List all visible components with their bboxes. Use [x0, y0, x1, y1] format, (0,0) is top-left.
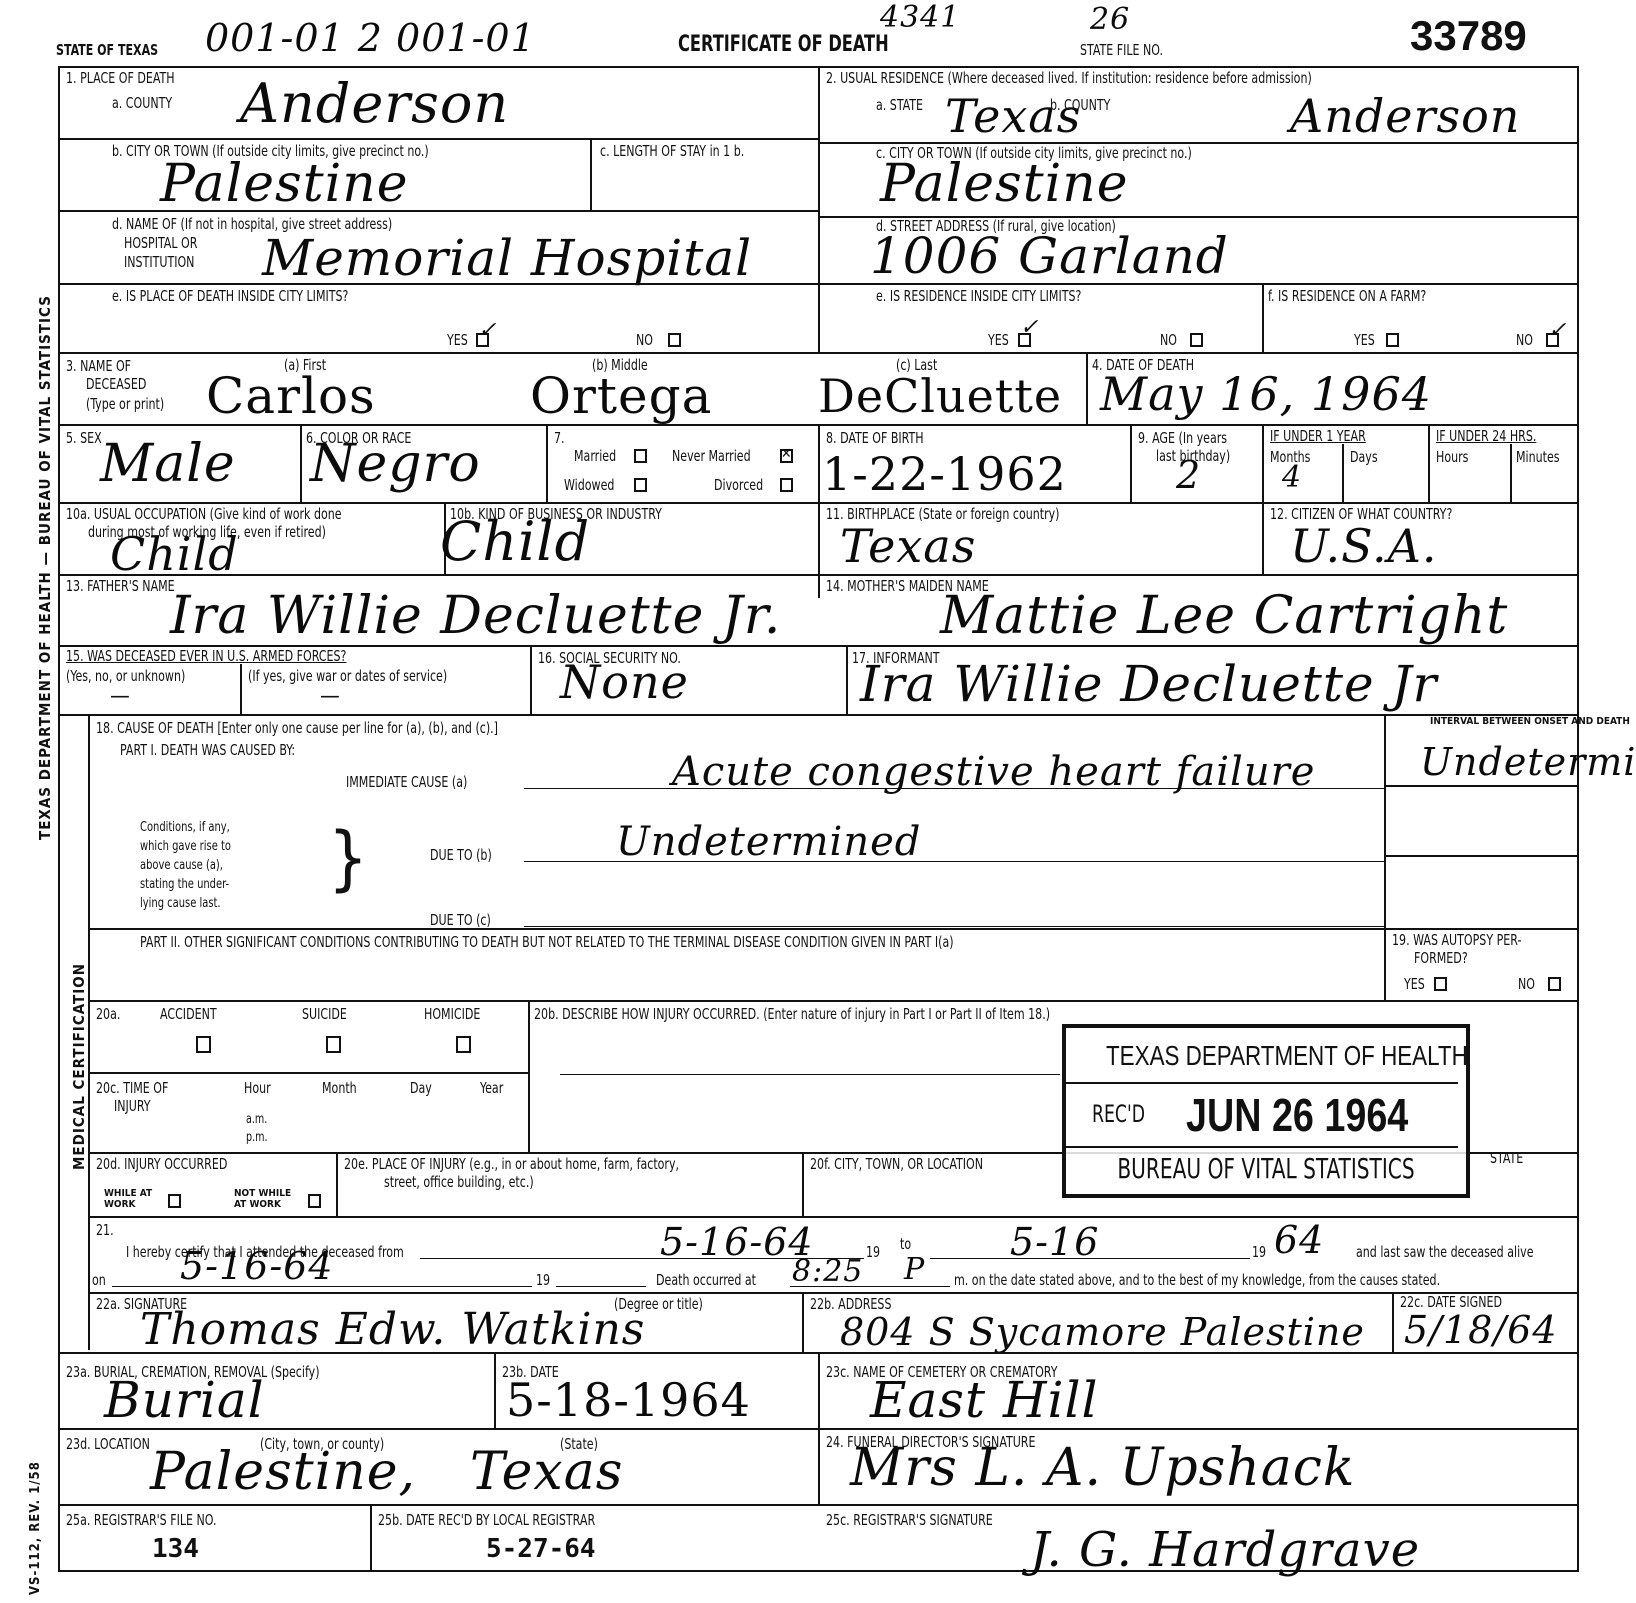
checkmark-icon: ✓ — [1020, 315, 1038, 340]
mother-maiden-name-value: Mattie Lee Cartright — [940, 592, 1508, 640]
local-registrar-date-label: 25b. DATE REC'D BY LOCAL REGISTRAR — [378, 1512, 595, 1529]
part-one-label: PART I. DEATH WAS CAUSED BY: — [120, 742, 295, 759]
am-label: a.m. — [246, 1112, 267, 1127]
stamp-recd-label: REC'D — [1092, 1100, 1145, 1128]
autopsy-no-checkbox[interactable] — [1548, 977, 1561, 991]
occupation-value: Child — [110, 530, 239, 578]
death-city-value: Palestine — [160, 160, 409, 208]
hours-label: Hours — [1436, 449, 1468, 466]
age-label: 9. AGE (In years — [1138, 430, 1227, 447]
sex-value: Male — [100, 440, 236, 488]
marital-option-never-married: Never Married — [672, 448, 751, 465]
residence-inside-limits-no-label: NO — [1160, 332, 1177, 349]
date-of-death-value: May 16, 1964 — [1100, 370, 1432, 418]
describe-injury-label: 20b. DESCRIBE HOW INJURY OCCURRED. (Ente… — [534, 1006, 1050, 1023]
under-24-hours-label: IF UNDER 24 HRS. — [1436, 428, 1536, 445]
place-of-injury-label: 20e. PLACE OF INJURY (e.g., in or about … — [344, 1156, 679, 1173]
on-label: on — [92, 1272, 106, 1289]
attended-from-date: 5-16-64 — [660, 1222, 814, 1262]
time-of-injury-label: 20c. TIME OF — [96, 1080, 168, 1097]
received-stamp: TEXAS DEPARTMENT OF HEALTH REC'D JUN 26 … — [1062, 1024, 1470, 1198]
nineteen-label: 19 — [866, 1244, 880, 1261]
deceased-name-label-3: (Type or print) — [86, 396, 164, 413]
certification-text-2: and last saw the deceased alive — [1356, 1244, 1534, 1261]
race-value: Negro — [310, 440, 481, 488]
to-label: to — [900, 1236, 911, 1253]
month-label: Month — [322, 1080, 357, 1097]
registrar-file-value: 134 — [152, 1534, 199, 1564]
death-ampm-value: P — [904, 1254, 925, 1286]
days-label: Days — [1350, 449, 1378, 466]
dob-label: 8. DATE OF BIRTH — [826, 430, 924, 447]
certificate-title: CERTIFICATE OF DEATH — [678, 33, 889, 57]
state-label: STATE OF TEXAS — [56, 42, 158, 59]
last-seen-date: 5-16-64 — [180, 1246, 334, 1286]
occupation-label: 10a. USUAL OCCUPATION (Give kind of work… — [66, 506, 342, 523]
death-inside-limits-no-checkbox[interactable] — [668, 333, 681, 347]
marital-option-widowed: Widowed — [564, 477, 614, 494]
under-one-year-label: IF UNDER 1 YEAR — [1270, 428, 1366, 445]
due-to-c-label: DUE TO (c) — [430, 912, 491, 929]
while-at-work-checkbox[interactable] — [168, 1194, 181, 1208]
age-value: 2 — [1176, 455, 1201, 495]
death-county-label: a. COUNTY — [112, 95, 172, 112]
deceased-name-label-2: DECEASED — [86, 376, 146, 393]
due-to-b-label: DUE TO (b) — [430, 847, 492, 864]
burial-location-city: Palestine, — [150, 1448, 416, 1496]
deceased-name-label: 3. NAME OF — [66, 358, 131, 375]
year-label: Year — [480, 1080, 503, 1097]
death-inside-limits-label: e. IS PLACE OF DEATH INSIDE CITY LIMITS? — [112, 288, 348, 305]
residence-farm-yes-label: YES — [1354, 332, 1375, 349]
minutes-label: Minutes — [1516, 449, 1560, 466]
burial-location-state: Texas — [470, 1448, 623, 1496]
accident-checkbox[interactable] — [196, 1036, 211, 1053]
death-time-value: 8:25 — [792, 1256, 863, 1288]
funeral-director-signature: Mrs L. A. Upshack — [850, 1444, 1355, 1492]
handwritten-ref: 4341 — [880, 2, 960, 34]
state-file-number: 33789 — [1410, 12, 1527, 60]
dob-value: 1-22-1962 — [822, 450, 1067, 498]
residence-farm-yes-checkbox[interactable] — [1386, 333, 1399, 347]
disposition-value: Burial — [104, 1376, 265, 1424]
residence-county-value: Anderson — [1290, 92, 1520, 140]
usual-residence-label: 2. USUAL RESIDENCE (Where deceased lived… — [826, 70, 1312, 87]
length-of-stay-label: c. LENGTH OF STAY in 1 b. — [600, 143, 744, 160]
nineteen-label-2: 19 — [1252, 1244, 1266, 1261]
x-mark-icon: ✕ — [781, 446, 792, 462]
place-of-death-label: 1. PLACE OF DEATH — [66, 70, 175, 87]
attended-to-year: 64 — [1274, 1220, 1324, 1260]
state-code-handwritten: 001-01 2 001-01 — [205, 18, 536, 58]
birthplace-value: Texas — [840, 522, 976, 570]
business-value: Child — [440, 518, 590, 566]
stamp-date: JUN 26 1964 — [1186, 1088, 1408, 1142]
hospital-label-2: HOSPITAL OR — [124, 235, 197, 252]
not-while-at-work-checkbox[interactable] — [308, 1194, 321, 1208]
marital-label: 7. — [554, 430, 565, 447]
due-to-b-value: Undetermined — [616, 818, 921, 866]
ssn-value: None — [560, 658, 689, 706]
injury-state-label: STATE — [1490, 1150, 1523, 1167]
agency-side-label: TEXAS DEPARTMENT OF HEALTH — BUREAU OF V… — [36, 295, 54, 840]
widowed-checkbox[interactable] — [634, 478, 647, 492]
registrar-signature: J. G. Hardgrave — [1030, 1526, 1420, 1574]
date-signed-value: 5/18/64 — [1404, 1310, 1558, 1350]
residence-farm-label: f. IS RESIDENCE ON A FARM? — [1268, 288, 1426, 305]
armed-forces-value: — — [110, 684, 130, 709]
autopsy-yes-checkbox[interactable] — [1434, 977, 1447, 991]
death-inside-limits-yes-label: YES — [447, 332, 468, 349]
immediate-cause-label: IMMEDIATE CAUSE (a) — [346, 774, 467, 791]
physician-address-value: 804 S Sycamore Palestine — [840, 1312, 1365, 1352]
hospital-label-3: INSTITUTION — [124, 254, 194, 271]
residence-county-label: b. COUNTY — [1050, 97, 1110, 114]
father-name-value: Ira Willie Decluette Jr. — [170, 592, 781, 640]
first-name-value: Carlos — [206, 372, 376, 420]
place-of-injury-label-2: street, office building, etc.) — [384, 1174, 534, 1191]
residence-city-value: Palestine — [880, 160, 1129, 208]
pm-label: p.m. — [246, 1130, 268, 1145]
citizen-value: U.S.A. — [1290, 522, 1438, 570]
form-id-side-label: VS-112, REV. 1/58 — [28, 1461, 43, 1595]
local-registrar-date-value: 5-27-64 — [486, 1534, 596, 1564]
residence-street-value: 1006 Garland — [870, 232, 1229, 280]
hospital-value: Memorial Hospital — [262, 234, 752, 282]
burial-location-label: 23d. LOCATION — [66, 1436, 150, 1453]
armed-forces-label: 15. WAS DECEASED EVER IN U.S. ARMED FORC… — [66, 648, 346, 665]
not-while-at-work-label: NOT WHILE AT WORK — [234, 1188, 304, 1210]
attended-to-date: 5-16 — [1010, 1222, 1099, 1262]
homicide-label: HOMICIDE — [424, 1006, 480, 1023]
armed-forces-sublabel-1: (Yes, no, or unknown) — [66, 668, 185, 685]
checkmark-icon: ✓ — [478, 318, 496, 343]
last-name-value: DeCluette — [818, 372, 1062, 420]
residence-inside-limits-label: e. IS RESIDENCE INSIDE CITY LIMITS? — [876, 288, 1081, 305]
day-label: Day — [410, 1080, 432, 1097]
immediate-cause-value: Acute congestive heart failure — [672, 748, 1315, 796]
autopsy-label-2: FORMED? — [1414, 950, 1468, 967]
married-checkbox[interactable] — [634, 449, 647, 463]
checkmark-icon: ✓ — [1548, 318, 1566, 343]
while-at-work-label: WHILE AT WORK — [104, 1188, 164, 1210]
nineteen-label-3: 19 — [536, 1272, 550, 1289]
interval-label: INTERVAL BETWEEN ONSET AND DEATH — [1430, 716, 1630, 728]
interval-value: Undetermined — [1420, 742, 1636, 782]
cause-of-death-label: 18. CAUSE OF DEATH [Enter only one cause… — [96, 720, 498, 737]
injury-occurred-label: 20d. INJURY OCCURRED — [96, 1156, 227, 1173]
marital-option-married: Married — [574, 448, 616, 465]
autopsy-no-label: NO — [1518, 976, 1535, 993]
residence-inside-limits-yes-label: YES — [988, 332, 1009, 349]
armed-forces-sublabel-2: (If yes, give war or dates of service) — [248, 668, 447, 685]
homicide-checkbox[interactable] — [456, 1036, 471, 1053]
death-county-value: Anderson — [240, 80, 509, 128]
accident-label: ACCIDENT — [160, 1006, 217, 1023]
autopsy-yes-label: YES — [1404, 976, 1425, 993]
certification-text-3: m. on the date stated above, and to the … — [954, 1272, 1440, 1289]
state-file-label: STATE FILE NO. — [1080, 42, 1163, 59]
informant-value: Ira Willie Decluette Jr — [860, 660, 1437, 708]
marital-option-divorced: Divorced — [714, 477, 763, 494]
part-two-label: PART II. OTHER SIGNIFICANT CONDITIONS CO… — [140, 934, 954, 951]
physician-signature: Thomas Edw. Watkins — [140, 1306, 645, 1354]
conditions-note: Conditions, if any, which gave rise to a… — [140, 818, 231, 913]
injury-type-label: 20a. — [96, 1006, 120, 1023]
suicide-label: SUICIDE — [302, 1006, 347, 1023]
hour-label: Hour — [244, 1080, 271, 1097]
autopsy-label: 19. WAS AUTOPSY PER- — [1392, 932, 1521, 949]
time-of-injury-label-2: INJURY — [114, 1098, 151, 1115]
death-occurred-at-label: Death occurred at — [656, 1272, 756, 1289]
father-name-label: 13. FATHER'S NAME — [66, 578, 175, 595]
suicide-checkbox[interactable] — [326, 1036, 341, 1053]
sex-label: 5. SEX — [66, 430, 102, 447]
registrar-signature-label: 25c. REGISTRAR'S SIGNATURE — [826, 1512, 993, 1529]
certification-item-label: 21. — [96, 1222, 114, 1239]
injury-city-label: 20f. CITY, TOWN, OR LOCATION — [810, 1156, 983, 1173]
disposition-date-value: 5-18-1964 — [506, 1376, 751, 1424]
divorced-checkbox[interactable] — [780, 478, 793, 492]
handwritten-ref-2: 26 — [1090, 4, 1130, 36]
middle-name-value: Ortega — [530, 372, 712, 420]
months-value: 4 — [1282, 462, 1302, 494]
residence-state-label: a. STATE — [876, 97, 923, 114]
cemetery-value: East Hill — [870, 1376, 1099, 1424]
residence-farm-no-label: NO — [1516, 332, 1533, 349]
medical-certification-side-label: MEDICAL CERTIFICATION — [70, 963, 88, 1170]
registrar-file-label: 25a. REGISTRAR'S FILE NO. — [66, 1512, 217, 1529]
residence-inside-limits-no-checkbox[interactable] — [1190, 333, 1203, 347]
death-inside-limits-no-label: NO — [636, 332, 653, 349]
brace-icon: } — [328, 818, 368, 898]
armed-service-value: — — [320, 684, 340, 709]
